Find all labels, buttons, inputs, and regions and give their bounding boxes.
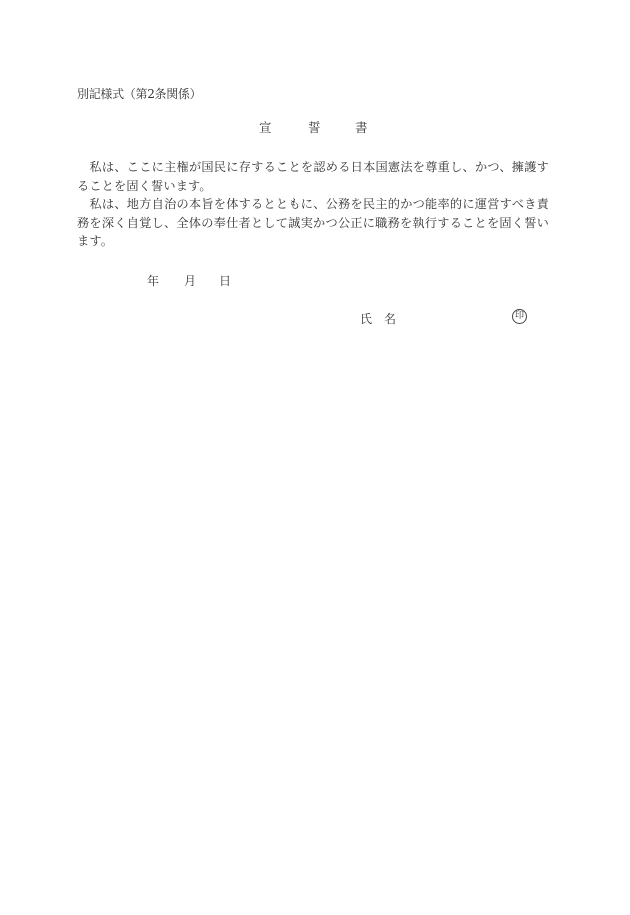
seal-icon: 印 bbox=[512, 309, 527, 324]
oath-paragraph-1: 私は、ここに主権が国民に存することを認める日本国憲法を尊重し、かつ、擁護すること… bbox=[77, 158, 549, 195]
date-year-label: 年 bbox=[147, 272, 159, 289]
oath-body: 私は、ここに主権が国民に存することを認める日本国憲法を尊重し、かつ、擁護すること… bbox=[77, 158, 549, 251]
name-label-1: 氏 bbox=[360, 310, 372, 327]
title-char-3: 書 bbox=[355, 118, 368, 136]
document-page: 別記様式（第2条関係） 宣 誓 書 私は、ここに主権が国民に存することを認める日… bbox=[0, 0, 630, 915]
date-month-label: 月 bbox=[184, 272, 196, 289]
title-char-2: 誓 bbox=[308, 118, 321, 136]
name-label-2: 名 bbox=[384, 310, 396, 327]
oath-paragraph-2: 私は、地方自治の本旨を体するとともに、公務を民主的かつ能率的に運営すべき責務を深… bbox=[77, 195, 549, 251]
form-label: 別記様式（第2条関係） bbox=[77, 85, 201, 102]
date-day-label: 日 bbox=[219, 272, 231, 289]
title-char-1: 宣 bbox=[259, 118, 272, 136]
